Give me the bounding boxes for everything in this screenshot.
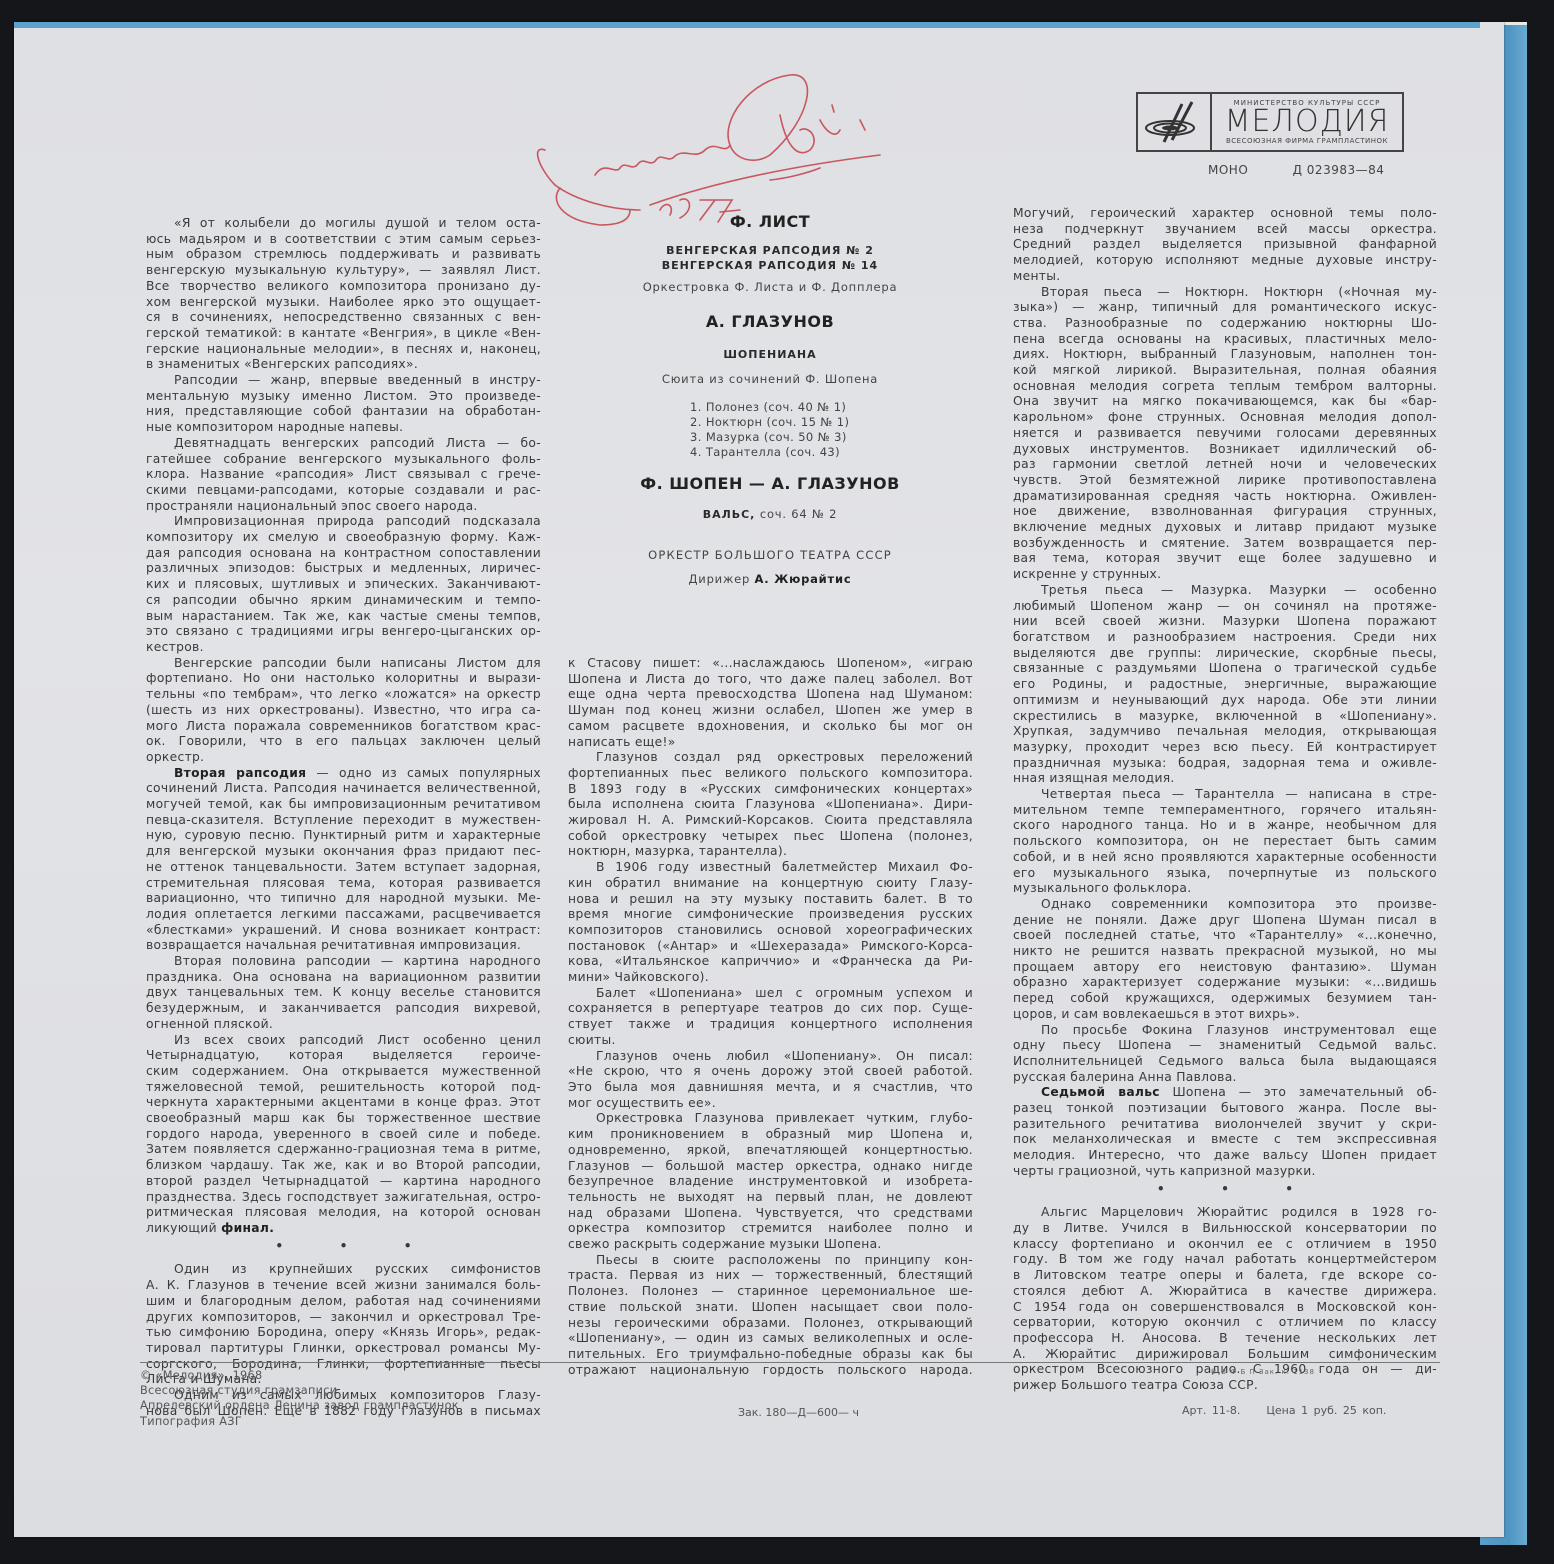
- text-line: его музыкального языка, почерпнутые из п…: [1013, 866, 1437, 882]
- text-line: раз гармонии светлой летней ночи и челов…: [1013, 457, 1437, 473]
- text-line: двух танцевальных тем. К концу веселье с…: [146, 985, 541, 1001]
- text-line: Затем появляется сдержанно-грациозная те…: [146, 1142, 541, 1158]
- text-line: кин обратил внимание на концертную сюиту…: [568, 876, 973, 892]
- text-line: любимый Шопеном жанр — он сочинял на про…: [1013, 599, 1437, 615]
- text-line: ствие польской знати. Шопен насыщает сво…: [568, 1300, 973, 1316]
- text-line: в Литовском театре оперы и балета, где в…: [1013, 1268, 1437, 1284]
- text-line: пительных. Его триумфально-победные обра…: [568, 1347, 973, 1363]
- text-line: Все творчество великого композитора прон…: [146, 279, 541, 295]
- text-line: фортепианных пьес великого польского ком…: [568, 766, 973, 782]
- text-line: «Я от колыбели до могилы душой и телом о…: [146, 216, 541, 232]
- notes-column-2: к Стасову пишет: «...наслаждаюсь Шопеном…: [568, 656, 973, 1378]
- text-line: скрестились в мазурке, включенной в «Шоп…: [1013, 709, 1437, 725]
- text-line: написать еще!»: [568, 735, 973, 751]
- text-line: ным образом стремлюсь поддерживать и раз…: [146, 247, 541, 263]
- track-item: 2. Ноктюрн (соч. 15 № 1): [690, 415, 850, 430]
- text-line: своеобразный марш как бы торжественное ш…: [146, 1111, 541, 1127]
- text-line: свежо раскрыть содержание музыки Шопена.: [568, 1237, 973, 1253]
- text-line: черты грациозной, чуть капризной мазурки…: [1013, 1164, 1437, 1180]
- catalog-info: МОНО Д 023983—84: [1208, 163, 1424, 177]
- text-line: тировал партитуры Глинки, оркестровал ро…: [146, 1341, 541, 1357]
- text-line: ные композитором народные напевы.: [146, 420, 541, 436]
- text-line: вым нарастанием. Так же, как частые смен…: [146, 609, 541, 625]
- text-line: ную, суровую песню. Пунктирный ритм и ха…: [146, 828, 541, 844]
- text-line: Могучий, героический характер основной т…: [1013, 206, 1437, 222]
- text-line: мого Листа поражала современников богатс…: [146, 719, 541, 735]
- text-line: основная мелодия согрета теплым тембром …: [1013, 379, 1437, 395]
- text-line: черкнута характерными акцентами в конце …: [146, 1095, 541, 1111]
- credits: © «Мелодия», 1968 Всесоюзная студия грам…: [140, 1368, 459, 1429]
- text-line: самом расцвете вдохновения, и сколько бы…: [568, 719, 973, 735]
- text-line: ся в сочинениях, непосредственно связанн…: [146, 310, 541, 326]
- text-line: По просьбе Фокина Глазунов инструментова…: [1013, 1023, 1437, 1039]
- text-line: Четвертая пьеса — Тарантелла — написана …: [1013, 787, 1437, 803]
- text-line: А. Жюрайтис дирижировал Большим симфонич…: [1013, 1347, 1437, 1363]
- text-line: возвращается начальная речитативная импр…: [146, 938, 541, 954]
- text-line: клора. Название «рапсодия» Лист связывал…: [146, 467, 541, 483]
- text-line: А. К. Глазунов в течение всей жизни зани…: [146, 1278, 541, 1294]
- text-line: различных эпизодов: быстрых и медленных,…: [146, 561, 541, 577]
- notes-column-1: «Я от колыбели до могилы душой и телом о…: [146, 216, 541, 1419]
- text-line: Глазунов очень любил «Шопениану». Он пис…: [568, 1049, 973, 1065]
- text-line: няется и развивается певучими голосами д…: [1013, 426, 1437, 442]
- text-line: мелодия. Интересно, что даже вальсу Шопе…: [1013, 1148, 1437, 1164]
- text-line: менты.: [1013, 269, 1437, 285]
- text-line: прощаем автору его неистовую фантазию». …: [1013, 960, 1437, 976]
- text-line: сюиты.: [568, 1033, 973, 1049]
- text-line: пространяли национальный эпос своего нар…: [146, 499, 541, 515]
- text-line: одну пьесу Шопена — знаменитый Седьмой в…: [1013, 1038, 1437, 1054]
- text-line: время многие симфонические произведения …: [568, 907, 973, 923]
- text-line: герской тематикой: в кантате «Венгрия», …: [146, 326, 541, 342]
- text-line: классу фортепиано и окончил ее с отличие…: [1013, 1237, 1437, 1253]
- text-line: кой мягкой лирикой. Выразительная, полна…: [1013, 363, 1437, 379]
- text-line: Шопена и Листа до того, что даже палец з…: [568, 672, 973, 688]
- handwritten-signature: [520, 60, 900, 230]
- text-line: Девятнадцать венгерских рапсодий Листа —…: [146, 436, 541, 452]
- text-line: оптимизм и неунывающий дух народа. Обе э…: [1013, 693, 1437, 709]
- text-line: гордого народа, уверенного в своей силе …: [146, 1127, 541, 1143]
- track-item: 4. Тарантелла (соч. 43): [690, 445, 850, 460]
- notes-column-3: Могучий, героический характер основной т…: [1013, 206, 1437, 1394]
- text-line: ства. Разнообразные по содержанию ноктюр…: [1013, 316, 1437, 332]
- text-line: композиторов становились основой хореогр…: [568, 923, 973, 939]
- text-line: неза подчеркнут звучанием всей массы орк…: [1013, 222, 1437, 238]
- text-line: герские национальные мелодии», в песнях …: [146, 342, 541, 358]
- sleeve-content: МИНИСТЕРСТВО КУЛЬТУРЫ СССР МЕЛОДИЯ ВСЕСО…: [0, 0, 1554, 1564]
- text-line: нная изящная мелодия.: [1013, 771, 1437, 787]
- work-title-chopiniana: ШОПЕНИАНА: [560, 347, 980, 362]
- text-line: это связано с традициями игры венгеро-цы…: [146, 624, 541, 640]
- text-line: возбужденность и смятение. Затем возвращ…: [1013, 536, 1437, 552]
- suite-subtitle: Сюита из сочинений Ф. Шопена: [560, 372, 980, 386]
- text-line: не оттенок танцевальности. Затем вступае…: [146, 860, 541, 876]
- program-block: Ф. ЛИСТ ВЕНГЕРСКАЯ РАПСОДИЯ № 2 ВЕНГЕРСК…: [560, 210, 980, 586]
- text-line: Вторая половина рапсодии — картина народ…: [146, 954, 541, 970]
- track-list: 1. Полонез (соч. 40 № 1) 2. Ноктюрн (соч…: [690, 400, 850, 460]
- text-line: Третья пьеса — Мазурка. Мазурки — особен…: [1013, 583, 1437, 599]
- text-line: Полонез. Полонез — старинное церемониаль…: [568, 1284, 973, 1300]
- text-line: искренне у струнных.: [1013, 567, 1437, 583]
- composer-liszt: Ф. ЛИСТ: [560, 212, 980, 231]
- text-line: праздника. Она основана на вариационном …: [146, 970, 541, 986]
- text-line: Альгис Марцелович Жюрайтис родился в 192…: [1013, 1205, 1437, 1221]
- text-line: перед собой кружащихся, одержимых безуми…: [1013, 991, 1437, 1007]
- text-line: оркестра композитор стремится наиболее п…: [568, 1221, 973, 1237]
- text-line: одновременно, яркой, впечатляющей концер…: [568, 1143, 973, 1159]
- text-line: шим и благородным делом, работая над соч…: [146, 1294, 541, 1310]
- text-line: Балет «Шопениана» шел с огромным успехом…: [568, 986, 973, 1002]
- text-line: гатейшее собрание венгерского музыкально…: [146, 452, 541, 468]
- text-line: чувств. Этой безмятежной лирике противоп…: [1013, 473, 1437, 489]
- text-line: собой, и в ней ясно проявляются характер…: [1013, 850, 1437, 866]
- text-line: была исполнена сюита Глазунова «Шопениан…: [568, 797, 973, 813]
- track-item: 3. Мазурка (соч. 50 № 3): [690, 430, 850, 445]
- text-line: мазурку, проходит через всю пьесу. Ей ко…: [1013, 740, 1437, 756]
- text-line: В 1893 году в «Русских симфонических кон…: [568, 782, 973, 798]
- text-line: богатством и разнообразием настроения. С…: [1013, 630, 1437, 646]
- price-line: Арт. 11-8.Цена 1 руб. 25 коп.: [1182, 1404, 1386, 1417]
- track-item: 1. Полонез (соч. 40 № 1): [690, 400, 850, 415]
- text-line: тью симфонию Бородина, оперу «Князь Игор…: [146, 1325, 541, 1341]
- text-line: ду в Литве. Учился в Вильнюсской консерв…: [1013, 1221, 1437, 1237]
- text-line: хом венгерской музыки. Наиболее ярко это…: [146, 295, 541, 311]
- text-line: стремительная плясовая тема, которая раз…: [146, 876, 541, 892]
- section-separator: • • •: [1013, 1180, 1437, 1206]
- text-line: дение не поняли. Даже друг Шопена Шуман …: [1013, 913, 1437, 929]
- text-line: его Родины, и радостные, энергичные, выр…: [1013, 677, 1437, 693]
- text-line: ликующий финал.: [146, 1221, 541, 1237]
- conductor-line: Дирижер А. Жюрайтис: [560, 572, 980, 586]
- text-line: могучей темой, как бы импровизационным р…: [146, 797, 541, 813]
- text-line: ского народного танца. Но и в жанре, нео…: [1013, 818, 1437, 834]
- text-line: еще одна черта превосходства Шопена над …: [568, 687, 973, 703]
- text-line: венгерскую музыкальную культуру», — заяв…: [146, 263, 541, 279]
- firm-text: ВСЕСОЮЗНАЯ ФИРМА ГРАМПЛАСТИНОК: [1226, 137, 1388, 145]
- text-line: кестров.: [146, 640, 541, 656]
- text-line: Рапсодии — жанр, впервые введенный в инс…: [146, 373, 541, 389]
- text-line: включение медных духовых и литавр придаю…: [1013, 520, 1437, 536]
- text-line: Вторая пьеса — Ноктюрн. Ноктюрн («Ночная…: [1013, 285, 1437, 301]
- text-line: Хрупкая, задумчиво печальная мелодия, от…: [1013, 724, 1437, 740]
- text-line: Импровизационная природа рапсодий подска…: [146, 514, 541, 530]
- text-line: собой оркестровку четырех пьес Шопена (п…: [568, 829, 973, 845]
- text-line: мелодией, которую исполняют медные духов…: [1013, 253, 1437, 269]
- text-line: ния, представляющие собой фантазии на об…: [146, 404, 541, 420]
- text-line: Глазунов создал ряд оркестровых переложе…: [568, 750, 973, 766]
- text-line: вариационно, что типично для народной му…: [146, 891, 541, 907]
- melodiya-logo: МИНИСТЕРСТВО КУЛЬТУРЫ СССР МЕЛОДИЯ ВСЕСО…: [1136, 92, 1404, 152]
- composer-chopin-glazunov: Ф. ШОПЕН — А. ГЛАЗУНОВ: [560, 474, 980, 493]
- text-line: драматизированная средняя часть ноктюрна…: [1013, 489, 1437, 505]
- text-line: (шесть из них оркестрованы). Известно, ч…: [146, 703, 541, 719]
- order-number: Зак. 180—Д—600— ч: [738, 1406, 859, 1419]
- text-line: пок меланхолическая и вместе с тем экспр…: [1013, 1132, 1437, 1148]
- article-number: Арт. 11-8.: [1182, 1404, 1240, 1417]
- text-line: сохраняется в репертуаре театров до сих …: [568, 1001, 973, 1017]
- text-line: ся рапсодии обычно ярким динамическим и …: [146, 593, 541, 609]
- price: Цена 1 руб. 25 коп.: [1266, 1404, 1386, 1417]
- text-line: серватории, которую окончил с отличием п…: [1013, 1315, 1437, 1331]
- text-line: ное движение, взволнованная фигурация ст…: [1013, 504, 1437, 520]
- brand-name: МЕЛОДИЯ: [1225, 107, 1390, 137]
- orchestration-note: Оркестровка Ф. Листа и Ф. Допплера: [560, 280, 980, 294]
- text-line: празднества. Здесь господствует зажигате…: [146, 1190, 541, 1206]
- text-line: диях. Ноктюрн, выбранный Глазуновым, нап…: [1013, 347, 1437, 363]
- text-line: музыкального фольклора.: [1013, 881, 1437, 897]
- text-line: огненной пляской.: [146, 1017, 541, 1033]
- text-line: в знаменитых «Венгерских рапсодиях».: [146, 357, 541, 373]
- text-line: вая тема, которая звучит еще более задуш…: [1013, 551, 1437, 567]
- text-line: зыка») — жанр, типичный для романтическо…: [1013, 300, 1437, 316]
- text-line: ментальную музыку именно Листом. Это про…: [146, 389, 541, 405]
- text-line: году. В том же году начал работать конце…: [1013, 1252, 1437, 1268]
- waltz-title: ВАЛЬС, соч. 64 № 2: [560, 507, 980, 522]
- text-line: Из всех своих рапсодий Лист особенно цен…: [146, 1033, 541, 1049]
- text-line: лодия оплетается легкими пассажами, расц…: [146, 907, 541, 923]
- text-line: близком чардашу. Так же, как и во Второй…: [146, 1158, 541, 1174]
- text-line: Четырнадцатую, которая выделяется героич…: [146, 1048, 541, 1064]
- text-line: скими певцами-рапсодами, которые создава…: [146, 483, 541, 499]
- text-line: незы героическими образами. Полонез, отк…: [568, 1316, 973, 1332]
- text-line: Средний раздел выделяется призывной фанф…: [1013, 237, 1437, 253]
- text-line: Седьмой вальс Шопена — это замечательный…: [1013, 1085, 1437, 1101]
- text-line: второй раздел Четырнадцатой — картина на…: [146, 1174, 541, 1190]
- text-line: безупречное владение инструментовкой и и…: [568, 1174, 973, 1190]
- text-line: выделяются две группы: лирические, скорб…: [1013, 646, 1437, 662]
- text-line: «блестками» украшений. И снова возникает…: [146, 923, 541, 939]
- text-line: Это была моя давнишняя мечта, и я счастл…: [568, 1080, 973, 1096]
- text-line: праздничная музыка: бодрая, задорная тем…: [1013, 756, 1437, 772]
- text-line: стоялся дебют А. Жюрайтиса в качестве ди…: [1013, 1284, 1437, 1300]
- text-line: фортепиано. Но они настолько колоритны и…: [146, 671, 541, 687]
- text-line: профессора Н. Аносова. В течение несколь…: [1013, 1331, 1437, 1347]
- text-line: ок. Говорили, что в его пальцах заключен…: [146, 734, 541, 750]
- text-line: Глазунов — большой мастер оркестра, одна…: [568, 1159, 973, 1175]
- text-line: Вторая рапсодия — одно из самых популярн…: [146, 766, 541, 782]
- text-line: других композиторов, — закончил и оркест…: [146, 1310, 541, 1326]
- text-line: мительном темпе темпераментного, горячег…: [1013, 803, 1437, 819]
- text-line: Однако современники композитора это прои…: [1013, 897, 1437, 913]
- text-line: разительного речитатива виолончелей звуч…: [1013, 1117, 1437, 1133]
- printer-mark: © В Ф Б П Зак. к. 1138: [1210, 1368, 1315, 1376]
- text-line: Она звучит на мягко покачивающемся, как …: [1013, 394, 1437, 410]
- text-line: нии всей своей жизни. Мазурки Шопена пор…: [1013, 614, 1437, 630]
- text-line: ноктюрн, мазурка, тарантелла).: [568, 844, 973, 860]
- text-line: цоров, и сам вовлекаешься в этот вихрь».: [1013, 1007, 1437, 1023]
- text-line: никто не решится назвать прекрасной музы…: [1013, 944, 1437, 960]
- text-line: отражают национальную гордость польского…: [568, 1363, 973, 1379]
- text-line: постановок («Антар» и «Шехеразада» Римск…: [568, 939, 973, 955]
- credit-line: Апрелевский ордена Ленина завод грамплас…: [140, 1398, 459, 1413]
- text-line: русская балерина Анна Павлова.: [1013, 1070, 1437, 1086]
- text-line: юсь мадьяром и в соответствии с этим сам…: [146, 232, 541, 248]
- text-line: ским содержанием. Она открывается мужест…: [146, 1064, 541, 1080]
- work-title: ВЕНГЕРСКАЯ РАПСОДИЯ № 14: [560, 258, 980, 273]
- orchestra-name: ОРКЕСТР БОЛЬШОГО ТЕАТРА СССР: [560, 548, 980, 562]
- text-line: для венгерской музыки окончания фраз при…: [146, 844, 541, 860]
- text-line: над образами Шопена. Чувствуется, что ср…: [568, 1206, 973, 1222]
- text-line: «Шопениану», — один из самых великолепны…: [568, 1331, 973, 1347]
- text-line: Шуман под конец жизни ослабел, Шопен же …: [568, 703, 973, 719]
- text-line: Один из крупнейших русских симфонистов: [146, 1262, 541, 1278]
- text-line: ствует также и традиция концертного испо…: [568, 1017, 973, 1033]
- text-line: мини» Чайковского).: [568, 970, 973, 986]
- section-separator: • • •: [146, 1237, 541, 1263]
- text-line: С 1954 года он совершенствовался в Моско…: [1013, 1300, 1437, 1316]
- text-line: композитору их смелую и своеобразную фор…: [146, 530, 541, 546]
- footer-divider: [140, 1362, 1440, 1363]
- credit-line: Типография АЗГ: [140, 1414, 459, 1429]
- text-line: ких и плясовых, шутливых и эпических. За…: [146, 577, 541, 593]
- text-line: В 1906 году известный балетмейстер Михаи…: [568, 860, 973, 876]
- text-line: нова и решил на эту музыку поставить бал…: [568, 892, 973, 908]
- text-line: мог осуществить ее».: [568, 1096, 973, 1112]
- format-label: МОНО: [1208, 163, 1248, 177]
- credit-line: Всесоюзная студия грамзаписи: [140, 1383, 459, 1398]
- text-line: духовых инструментов. Возникает идилличе…: [1013, 442, 1437, 458]
- text-line: певца-сказителя. Вступление переходит в …: [146, 813, 541, 829]
- work-title: ВЕНГЕРСКАЯ РАПСОДИЯ № 2: [560, 243, 980, 258]
- text-line: Исполнительницей Седьмого вальса была вы…: [1013, 1054, 1437, 1070]
- text-line: тельны «по тембрам», что легко «ложатся»…: [146, 687, 541, 703]
- text-line: к Стасову пишет: «...наслаждаюсь Шопеном…: [568, 656, 973, 672]
- text-line: оркестр.: [146, 750, 541, 766]
- composer-glazunov: А. ГЛАЗУНОВ: [560, 312, 980, 331]
- text-line: польского композитора, он не перестает б…: [1013, 834, 1437, 850]
- text-line: тельность не выходят на первый план, не …: [568, 1190, 973, 1206]
- text-line: безудержным, и заканчивается рапсодия ви…: [146, 1001, 541, 1017]
- text-line: дая рапсодия основана на контрастном соп…: [146, 546, 541, 562]
- text-line: карольном» фоне струнных. Основная мелод…: [1013, 410, 1437, 426]
- text-line: «Не скрою, что я очень дорожу этой своей…: [568, 1064, 973, 1080]
- text-line: своей последней статье, что «Тарантеллу»…: [1013, 928, 1437, 944]
- text-line: связанные с раздумьями Шопена о трагичес…: [1013, 661, 1437, 677]
- melodiya-record-icon: [1138, 94, 1212, 150]
- text-line: ритмическая плясовая мелодия, на которой…: [146, 1205, 541, 1221]
- text-line: пена всегда основаны на красивых, пласти…: [1013, 332, 1437, 348]
- text-line: рижер Большого театра Союза ССР.: [1013, 1378, 1437, 1394]
- text-line: Оркестровка Глазунова привлекает чутким,…: [568, 1111, 973, 1127]
- text-line: образно характеризует содержание музыки:…: [1013, 975, 1437, 991]
- credit-line: © «Мелодия», 1968: [140, 1368, 459, 1383]
- text-line: тяжеловесной темой, решительность которо…: [146, 1080, 541, 1096]
- text-line: сочинений Листа. Рапсодия начинается вел…: [146, 781, 541, 797]
- text-line: ким проникновением в образный мир Шопена…: [568, 1127, 973, 1143]
- text-line: кова, «Итальянское каприччио» и «Франчес…: [568, 954, 973, 970]
- text-line: разец тонкой поэтизации бытового жанра. …: [1013, 1101, 1437, 1117]
- catalog-number: Д 023983—84: [1293, 163, 1385, 177]
- text-line: Пьесы в сюите расположены по принципу ко…: [568, 1253, 973, 1269]
- text-line: Венгерские рапсодии были написаны Листом…: [146, 656, 541, 672]
- text-line: траста. Первая из них — торжественный, б…: [568, 1268, 973, 1284]
- text-line: жировал Н. А. Римский-Корсаков. Сюита пр…: [568, 813, 973, 829]
